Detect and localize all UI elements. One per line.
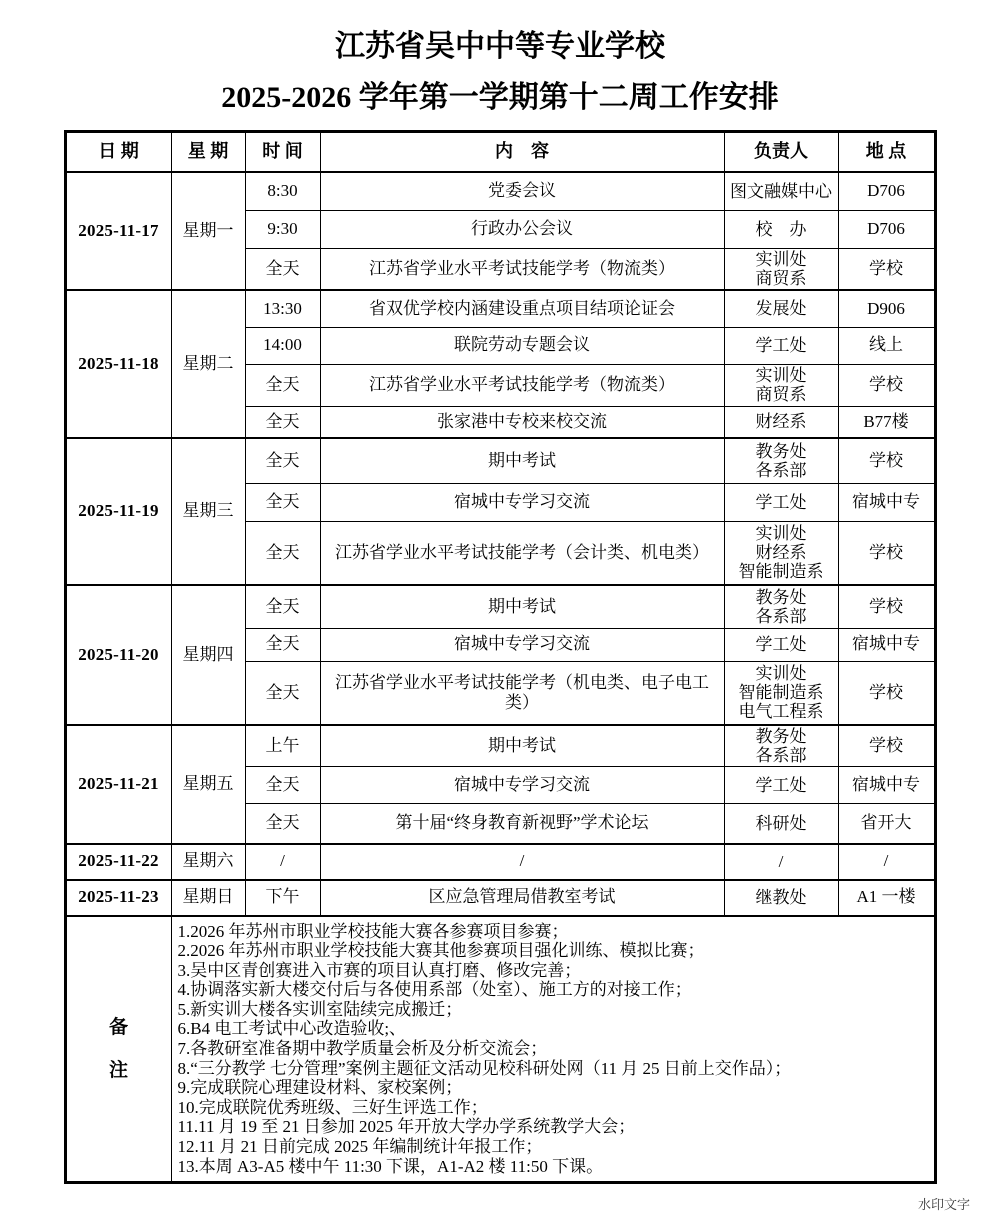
location-cell: D906 xyxy=(838,290,935,327)
responsible-cell: 继教处 xyxy=(724,880,838,916)
responsible-cell: 教务处 各系部 xyxy=(724,585,838,628)
header-location: 地 点 xyxy=(838,132,935,172)
remark-item: 13.本周 A3-A5 楼中午 11:30 下课，A1-A2 楼 11:50 下… xyxy=(178,1157,926,1177)
time-cell: 9:30 xyxy=(245,211,320,249)
header-responsible: 负责人 xyxy=(724,132,838,172)
content-cell: 宿城中专学习交流 xyxy=(320,483,724,521)
location-cell: 宿城中专 xyxy=(838,628,935,661)
responsible-cell: 实训处 智能制造系 电气工程系 xyxy=(724,661,838,725)
page-title: 江苏省吴中中等专业学校 xyxy=(0,0,1000,65)
day-block-mon: 2025-11-17 星期一 8:30 党委会议 图文融媒中心 D706 9:3… xyxy=(65,172,935,291)
remarks-block: 备 注 1.2026 年苏州市职业学校技能大赛各参赛项目参赛； 2.2026 年… xyxy=(65,916,935,1183)
remarks-label-top: 备 xyxy=(71,1018,167,1037)
location-cell: / xyxy=(838,844,935,880)
table-row: 2025-11-22 星期六 / / / / xyxy=(65,844,935,880)
responsible-cell: 财经系 xyxy=(724,406,838,438)
remark-item: 2.2026 年苏州市职业学校技能大赛其他参赛项目强化训练、模拟比赛； xyxy=(178,941,926,961)
table-row: 2025-11-23 星期日 下午 区应急管理局借教室考试 继教处 A1 一楼 xyxy=(65,880,935,916)
content-cell: 党委会议 xyxy=(320,172,724,211)
responsible-cell: 校 办 xyxy=(724,211,838,249)
location-cell: A1 一楼 xyxy=(838,880,935,916)
day-block-sun: 2025-11-23 星期日 下午 区应急管理局借教室考试 继教处 A1 一楼 xyxy=(65,880,935,916)
time-cell: 全天 xyxy=(245,406,320,438)
responsible-cell: 教务处 各系部 xyxy=(724,438,838,483)
remark-item: 7.各教研室准备期中教学质量会析及分析交流会； xyxy=(178,1039,926,1059)
content-cell: 张家港中专校来校交流 xyxy=(320,406,724,438)
header-time: 时 间 xyxy=(245,132,320,172)
responsible-cell: 学工处 xyxy=(724,483,838,521)
content-cell: 第十届“终身教育新视野”学术论坛 xyxy=(320,804,724,844)
day-block-wed: 2025-11-19 星期三 全天 期中考试 教务处 各系部 学校 全天 宿城中… xyxy=(65,438,935,585)
remark-item: 11.11 月 19 至 21 日参加 2025 年开放大学办学系统教学大会； xyxy=(178,1117,926,1137)
remark-item: 6.B4 电工考试中心改造验收;、 xyxy=(178,1019,926,1039)
location-cell: D706 xyxy=(838,172,935,211)
responsible-cell: 学工处 xyxy=(724,628,838,661)
time-cell: 13:30 xyxy=(245,290,320,327)
weekday-cell: 星期日 xyxy=(171,880,245,916)
table-row: 2025-11-18 星期二 13:30 省双优学校内涵建设重点项目结项论证会 … xyxy=(65,290,935,327)
location-cell: 宿城中专 xyxy=(838,483,935,521)
content-cell: 宿城中专学习交流 xyxy=(320,628,724,661)
responsible-cell: 实训处 财经系 智能制造系 xyxy=(724,521,838,585)
location-cell: 线上 xyxy=(838,327,935,364)
location-cell: 学校 xyxy=(838,521,935,585)
content-cell: 联院劳动专题会议 xyxy=(320,327,724,364)
day-block-thu: 2025-11-20 星期四 全天 期中考试 教务处 各系部 学校 全天 宿城中… xyxy=(65,585,935,725)
responsible-cell: 学工处 xyxy=(724,327,838,364)
date-cell: 2025-11-17 xyxy=(65,172,171,291)
time-cell: 14:00 xyxy=(245,327,320,364)
remark-item: 5.新实训大楼各实训室陆续完成搬迁； xyxy=(178,1000,926,1020)
table-row: 2025-11-20 星期四 全天 期中考试 教务处 各系部 学校 xyxy=(65,585,935,628)
responsible-cell: 发展处 xyxy=(724,290,838,327)
content-cell: 期中考试 xyxy=(320,725,724,767)
remarks-content-cell: 1.2026 年苏州市职业学校技能大赛各参赛项目参赛； 2.2026 年苏州市职… xyxy=(171,916,935,1183)
table-row: 2025-11-17 星期一 8:30 党委会议 图文融媒中心 D706 xyxy=(65,172,935,211)
time-cell: 全天 xyxy=(245,661,320,725)
content-cell: 省双优学校内涵建设重点项目结项论证会 xyxy=(320,290,724,327)
table-row: 2025-11-21 星期五 上午 期中考试 教务处 各系部 学校 xyxy=(65,725,935,767)
remark-item: 4.协调落实新大楼交付后与各使用系部（处室）、施工方的对接工作； xyxy=(178,980,926,1000)
weekday-cell: 星期一 xyxy=(171,172,245,291)
time-cell: 全天 xyxy=(245,767,320,804)
content-cell: 江苏省学业水平考试技能学考（物流类） xyxy=(320,249,724,291)
responsible-cell: 实训处 商贸系 xyxy=(724,364,838,406)
date-cell: 2025-11-18 xyxy=(65,290,171,438)
time-cell: 8:30 xyxy=(245,172,320,211)
weekday-cell: 星期四 xyxy=(171,585,245,725)
remark-item: 3.吴中区青创赛进入市赛的项目认真打磨、修改完善； xyxy=(178,961,926,981)
remarks-row: 备 注 1.2026 年苏州市职业学校技能大赛各参赛项目参赛； 2.2026 年… xyxy=(65,916,935,1183)
header-weekday: 星 期 xyxy=(171,132,245,172)
remark-item: 8.“三分教学 七分管理”案例主题征文活动见校科研处网（11 月 25 日前上交… xyxy=(178,1059,926,1079)
remark-item: 12.11 月 21 日前完成 2025 年编制统计年报工作； xyxy=(178,1137,926,1157)
day-block-sat: 2025-11-22 星期六 / / / / xyxy=(65,844,935,880)
content-cell: 江苏省学业水平考试技能学考（会计类、机电类） xyxy=(320,521,724,585)
header-content: 内 容 xyxy=(320,132,724,172)
remarks-label-cell: 备 注 xyxy=(65,916,171,1183)
time-cell: 全天 xyxy=(245,585,320,628)
time-cell: / xyxy=(245,844,320,880)
watermark-text: 水印文字 xyxy=(918,1194,970,1213)
content-cell: 江苏省学业水平考试技能学考（物流类） xyxy=(320,364,724,406)
responsible-cell: 科研处 xyxy=(724,804,838,844)
location-cell: 宿城中专 xyxy=(838,767,935,804)
content-cell: 期中考试 xyxy=(320,585,724,628)
responsible-cell: 教务处 各系部 xyxy=(724,725,838,767)
responsible-cell: 图文融媒中心 xyxy=(724,172,838,211)
date-cell: 2025-11-19 xyxy=(65,438,171,585)
day-block-fri: 2025-11-21 星期五 上午 期中考试 教务处 各系部 学校 全天 宿城中… xyxy=(65,725,935,844)
date-cell: 2025-11-22 xyxy=(65,844,171,880)
location-cell: B77楼 xyxy=(838,406,935,438)
time-cell: 全天 xyxy=(245,483,320,521)
remarks-label-bottom: 注 xyxy=(71,1061,167,1080)
date-cell: 2025-11-20 xyxy=(65,585,171,725)
location-cell: 学校 xyxy=(838,438,935,483)
responsible-cell: 学工处 xyxy=(724,767,838,804)
header-date: 日 期 xyxy=(65,132,171,172)
content-cell: / xyxy=(320,844,724,880)
responsible-cell: / xyxy=(724,844,838,880)
content-cell: 行政办公会议 xyxy=(320,211,724,249)
weekly-schedule-table: 日 期 星 期 时 间 内 容 负责人 地 点 2025-11-17 星期一 8… xyxy=(64,130,937,1184)
content-cell: 期中考试 xyxy=(320,438,724,483)
time-cell: 下午 xyxy=(245,880,320,916)
remark-item: 9.完成联院心理建设材料、家校案例； xyxy=(178,1078,926,1098)
table-row: 2025-11-19 星期三 全天 期中考试 教务处 各系部 学校 xyxy=(65,438,935,483)
weekday-cell: 星期二 xyxy=(171,290,245,438)
remark-item: 10.完成联院优秀班级、三好生评选工作； xyxy=(178,1098,926,1118)
location-cell: 学校 xyxy=(838,725,935,767)
date-cell: 2025-11-23 xyxy=(65,880,171,916)
location-cell: D706 xyxy=(838,211,935,249)
page-subtitle: 2025-2026 学年第一学期第十二周工作安排 xyxy=(0,65,1000,116)
location-cell: 学校 xyxy=(838,249,935,291)
remark-item: 1.2026 年苏州市职业学校技能大赛各参赛项目参赛； xyxy=(178,922,926,942)
time-cell: 全天 xyxy=(245,521,320,585)
location-cell: 省开大 xyxy=(838,804,935,844)
content-cell: 江苏省学业水平考试技能学考（机电类、电子电工类） xyxy=(320,661,724,725)
location-cell: 学校 xyxy=(838,661,935,725)
weekday-cell: 星期三 xyxy=(171,438,245,585)
content-cell: 宿城中专学习交流 xyxy=(320,767,724,804)
time-cell: 全天 xyxy=(245,804,320,844)
weekday-cell: 星期六 xyxy=(171,844,245,880)
time-cell: 上午 xyxy=(245,725,320,767)
content-cell: 区应急管理局借教室考试 xyxy=(320,880,724,916)
time-cell: 全天 xyxy=(245,438,320,483)
weekday-cell: 星期五 xyxy=(171,725,245,844)
time-cell: 全天 xyxy=(245,364,320,406)
header-row: 日 期 星 期 时 间 内 容 负责人 地 点 xyxy=(65,132,935,172)
location-cell: 学校 xyxy=(838,364,935,406)
location-cell: 学校 xyxy=(838,585,935,628)
responsible-cell: 实训处 商贸系 xyxy=(724,249,838,291)
day-block-tue: 2025-11-18 星期二 13:30 省双优学校内涵建设重点项目结项论证会 … xyxy=(65,290,935,438)
date-cell: 2025-11-21 xyxy=(65,725,171,844)
time-cell: 全天 xyxy=(245,628,320,661)
time-cell: 全天 xyxy=(245,249,320,291)
